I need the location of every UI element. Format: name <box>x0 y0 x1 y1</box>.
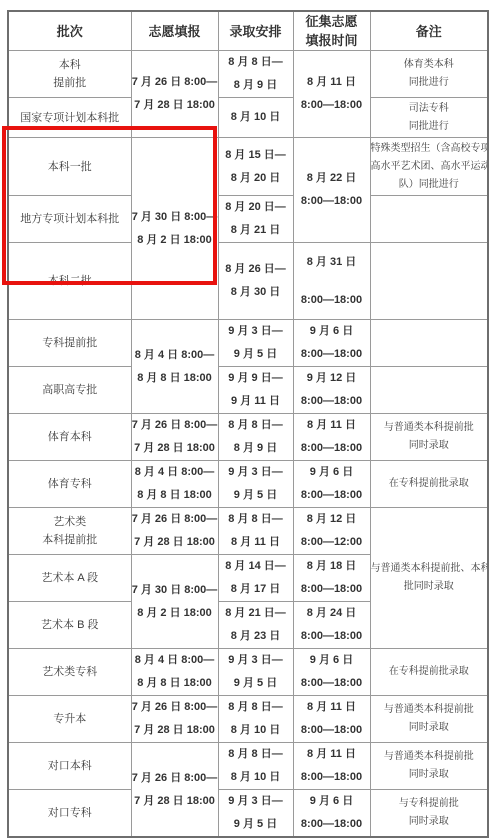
cell-line: 7 月 28 日 18:00 <box>132 719 218 742</box>
cell-line: 7 月 26 日 8:00— <box>132 696 218 719</box>
cell-line: 8 月 10 日 <box>219 106 293 129</box>
cell-line: 批次 <box>9 22 131 41</box>
cell-line: 8 月 8 日 18:00 <box>132 672 218 695</box>
cell-line: 9 月 3 日— <box>219 649 293 672</box>
cell-line: 8 月 4 日 8:00— <box>132 344 218 367</box>
cell-line: 专科提前批 <box>9 334 131 352</box>
table-row: 艺术类 本科提前批 7 月 26 日 8:00— 7 月 28 日 18:00 … <box>8 508 488 555</box>
cell-line: 同批进行 <box>371 74 488 92</box>
batch-cell: 艺术本 A 段 <box>8 555 131 602</box>
cell-line: 8 月 26 日— <box>219 258 293 281</box>
cell-line: 8 月 4 日 8:00— <box>132 461 218 484</box>
cell-line: 在专科提前批录取 <box>371 663 488 681</box>
table-row: 专科提前批 8 月 4 日 8:00— 8 月 8 日 18:00 9 月 3 … <box>8 320 488 367</box>
table-row: 本科二批 8 月 26 日— 8 月 30 日 8 月 31 日 8:00—18… <box>8 243 488 320</box>
admit-time-cell: 8 月 26 日— 8 月 30 日 <box>218 243 293 320</box>
cell-line: 8 月 18 日 <box>294 555 370 578</box>
cell-line: 与普通类本科提前批、本科一 <box>371 560 488 578</box>
collect-time-cell: 9 月 12 日 8:00—18:00 <box>293 367 370 414</box>
cell-line: 提前批 <box>9 74 131 92</box>
cell-line: 艺术本 B 段 <box>9 616 131 634</box>
cell-line: 对口专科 <box>9 804 131 822</box>
cell-line: 与普通类本科提前批 <box>371 701 488 719</box>
cell-line: 体育本科 <box>9 428 131 446</box>
header-row: 批次 志愿填报 录取安排 征集志愿 填报时间 备注 <box>8 11 488 51</box>
cell-line: 本科一批 <box>9 158 131 176</box>
table-row: 本科一批 7 月 30 日 8:00— 8 月 2 日 18:00 8 月 15… <box>8 138 488 196</box>
note-cell: 在专科提前批录取 <box>370 461 488 508</box>
admit-time-cell: 9 月 3 日— 9 月 5 日 <box>218 320 293 367</box>
table-row: 国家专项计划本科批 8 月 10 日 司法专科 同批进行 <box>8 98 488 138</box>
table-row: 本科 提前批 7 月 26 日 8:00— 7 月 28 日 18:00 8 月… <box>8 51 488 98</box>
cell-line: 9 月 5 日 <box>219 484 293 507</box>
cell-line: 9 月 3 日— <box>219 461 293 484</box>
cell-line: 8 月 20 日 <box>219 167 293 190</box>
cell-line: 体育类本科 <box>371 56 488 74</box>
collect-time-cell: 9 月 6 日 8:00—18:00 <box>293 320 370 367</box>
note-cell: 司法专科 同批进行 <box>370 98 488 138</box>
fill-time-cell: 7 月 30 日 8:00— 8 月 2 日 18:00 <box>131 555 218 649</box>
cell-line: 8:00—18:00 <box>294 281 370 319</box>
cell-line: 同时录取 <box>371 719 488 737</box>
cell-line: 9 月 5 日 <box>219 343 293 366</box>
cell-line: 8 月 30 日 <box>219 281 293 304</box>
collect-time-cell: 9 月 6 日 8:00—18:00 <box>293 790 370 838</box>
header-note-column: 备注 <box>370 11 488 51</box>
cell-line: 8 月 14 日— <box>219 555 293 578</box>
cell-line: 8 月 8 日— <box>219 743 293 766</box>
table-row: 对口专科 9 月 3 日— 9 月 5 日 9 月 6 日 8:00—18:00… <box>8 790 488 838</box>
table-row: 体育本科 7 月 26 日 8:00— 7 月 28 日 18:00 8 月 8… <box>8 414 488 461</box>
table-row: 高职高专批 9 月 9 日— 9 月 11 日 9 月 12 日 8:00—18… <box>8 367 488 414</box>
cell-line: 8 月 8 日— <box>219 508 293 531</box>
cell-line: 9 月 6 日 <box>294 790 370 813</box>
fill-time-cell: 8 月 4 日 8:00— 8 月 8 日 18:00 <box>131 461 218 508</box>
cell-line: 8:00—18:00 <box>294 766 370 789</box>
admit-time-cell: 9 月 3 日— 9 月 5 日 <box>218 790 293 838</box>
fill-time-cell: 7 月 26 日 8:00— 7 月 28 日 18:00 <box>131 51 218 138</box>
cell-line: 8:00—18:00 <box>294 813 370 836</box>
cell-line: 国家专项计划本科批 <box>9 109 131 127</box>
cell-line: 8:00—18:00 <box>294 94 370 117</box>
cell-line: 8 月 8 日 18:00 <box>132 367 218 390</box>
table-row: 专升本 7 月 26 日 8:00— 7 月 28 日 18:00 8 月 8 … <box>8 696 488 743</box>
cell-line: 志愿填报 <box>132 22 218 41</box>
cell-line: 8:00—18:00 <box>294 625 370 648</box>
collect-time-cell: 8 月 11 日 8:00—18:00 <box>293 51 370 138</box>
note-cell: 与普通类本科提前批 同时录取 <box>370 696 488 743</box>
table-row: 对口本科 7 月 26 日 8:00— 7 月 28 日 18:00 8 月 8… <box>8 743 488 790</box>
cell-line: 高职高专批 <box>9 381 131 399</box>
fill-time-cell: 7 月 30 日 8:00— 8 月 2 日 18:00 <box>131 138 218 320</box>
batch-cell: 专科提前批 <box>8 320 131 367</box>
cell-line: 同时录取 <box>371 766 488 784</box>
admit-time-cell: 8 月 15 日— 8 月 20 日 <box>218 138 293 196</box>
cell-line: 本科二批 <box>9 272 131 290</box>
cell-line: 艺术类专科 <box>9 663 131 681</box>
header-admit-column: 录取安排 <box>218 11 293 51</box>
cell-line: 7 月 28 日 18:00 <box>132 94 218 117</box>
cell-line: 8 月 20 日— <box>219 196 293 219</box>
note-cell: 与普通类本科提前批 同时录取 <box>370 414 488 461</box>
cell-line: 8:00—18:00 <box>294 484 370 507</box>
batch-cell: 本科二批 <box>8 243 131 320</box>
cell-line: 8:00—18:00 <box>294 578 370 601</box>
batch-cell: 本科 提前批 <box>8 51 131 98</box>
table-row: 艺术类专科 8 月 4 日 8:00— 8 月 8 日 18:00 9 月 3 … <box>8 649 488 696</box>
cell-line: 7 月 26 日 8:00— <box>132 71 218 94</box>
cell-line: 特殊类型招生（含高校专项、 <box>371 140 488 158</box>
cell-line: 7 月 28 日 18:00 <box>132 531 218 554</box>
fill-time-cell: 8 月 4 日 8:00— 8 月 8 日 18:00 <box>131 649 218 696</box>
cell-line: 9 月 6 日 <box>294 320 370 343</box>
cell-line: 批同时录取 <box>371 578 488 596</box>
header-fill-column: 志愿填报 <box>131 11 218 51</box>
cell-line: 同时录取 <box>371 813 488 831</box>
admit-time-cell: 9 月 3 日— 9 月 5 日 <box>218 649 293 696</box>
cell-line: 9 月 5 日 <box>219 672 293 695</box>
cell-line: 8:00—18:00 <box>294 343 370 366</box>
cell-line: 同时录取 <box>371 437 488 455</box>
admit-time-cell: 9 月 9 日— 9 月 11 日 <box>218 367 293 414</box>
batch-cell: 专升本 <box>8 696 131 743</box>
cell-line: 8 月 15 日— <box>219 144 293 167</box>
batch-cell: 对口本科 <box>8 743 131 790</box>
cell-line: 与专科提前批 <box>371 795 488 813</box>
cell-line: 8 月 10 日 <box>219 719 293 742</box>
cell-line: 8 月 17 日 <box>219 578 293 601</box>
cell-line: 艺术本 A 段 <box>9 569 131 587</box>
cell-line: 8 月 8 日— <box>219 414 293 437</box>
cell-line: 8 月 9 日 <box>219 437 293 460</box>
collect-time-cell: 9 月 6 日 8:00—18:00 <box>293 649 370 696</box>
collect-time-cell: 8 月 11 日 8:00—18:00 <box>293 414 370 461</box>
cell-line: 9 月 6 日 <box>294 649 370 672</box>
note-cell: 与普通类本科提前批、本科一 批同时录取 <box>370 508 488 649</box>
cell-line: 在专科提前批录取 <box>371 475 488 493</box>
batch-cell: 体育本科 <box>8 414 131 461</box>
collect-time-cell: 8 月 22 日 8:00—18:00 <box>293 138 370 243</box>
cell-line: 8 月 4 日 8:00— <box>132 649 218 672</box>
cell-line: 8 月 12 日 <box>294 508 370 531</box>
admit-time-cell: 9 月 3 日— 9 月 5 日 <box>218 461 293 508</box>
cell-line: 7 月 26 日 8:00— <box>132 767 218 790</box>
batch-cell: 高职高专批 <box>8 367 131 414</box>
admit-time-cell: 8 月 8 日— 8 月 11 日 <box>218 508 293 555</box>
cell-line: 本科提前批 <box>9 531 131 549</box>
collect-time-cell: 9 月 6 日 8:00—18:00 <box>293 461 370 508</box>
cell-line: 专升本 <box>9 710 131 728</box>
cell-line: 8:00—12:00 <box>294 531 370 554</box>
cell-line: 备注 <box>371 22 488 41</box>
collect-time-cell: 8 月 11 日 8:00—18:00 <box>293 743 370 790</box>
note-cell: 与普通类本科提前批 同时录取 <box>370 743 488 790</box>
cell-line: 8:00—18:00 <box>294 437 370 460</box>
cell-line: 队）同批进行 <box>371 176 488 194</box>
cell-line: 8 月 9 日 <box>219 74 293 97</box>
note-cell <box>370 243 488 320</box>
cell-line: 8 月 31 日 <box>294 243 370 281</box>
cell-line: 9 月 6 日 <box>294 461 370 484</box>
cell-line: 8:00—18:00 <box>294 390 370 413</box>
cell-line: 8 月 22 日 <box>294 167 370 190</box>
cell-line: 8 月 23 日 <box>219 625 293 648</box>
admission-schedule-table: 批次 志愿填报 录取安排 征集志愿 填报时间 备注 本科 提前批 7 月 26 … <box>7 10 489 838</box>
cell-line: 8 月 8 日— <box>219 696 293 719</box>
cell-line: 7 月 26 日 8:00— <box>132 414 218 437</box>
collect-time-cell: 8 月 24 日 8:00—18:00 <box>293 602 370 649</box>
cell-line: 艺术类 <box>9 513 131 531</box>
header-collect-column: 征集志愿 填报时间 <box>293 11 370 51</box>
cell-line: 地方专项计划本科批 <box>9 210 131 228</box>
cell-line: 填报时间 <box>294 31 370 50</box>
cell-line: 与普通类本科提前批 <box>371 419 488 437</box>
note-cell <box>370 367 488 414</box>
collect-time-cell: 8 月 18 日 8:00—18:00 <box>293 555 370 602</box>
cell-line: 9 月 9 日— <box>219 367 293 390</box>
cell-line: 7 月 30 日 8:00— <box>132 579 218 602</box>
cell-line: 7 月 30 日 8:00— <box>132 206 218 229</box>
admit-time-cell: 8 月 14 日— 8 月 17 日 <box>218 555 293 602</box>
cell-line: 9 月 3 日— <box>219 790 293 813</box>
cell-line: 8 月 11 日 <box>294 71 370 94</box>
note-cell: 在专科提前批录取 <box>370 649 488 696</box>
collect-time-cell: 8 月 31 日 8:00—18:00 <box>293 243 370 320</box>
cell-line: 高水平艺术团、高水平运动 <box>371 158 488 176</box>
cell-line: 7 月 28 日 18:00 <box>132 437 218 460</box>
note-cell: 体育类本科 同批进行 <box>370 51 488 98</box>
fill-time-cell: 7 月 26 日 8:00— 7 月 28 日 18:00 <box>131 696 218 743</box>
cell-line: 录取安排 <box>219 22 293 41</box>
admit-time-cell: 8 月 8 日— 8 月 10 日 <box>218 696 293 743</box>
fill-time-cell: 7 月 26 日 8:00— 7 月 28 日 18:00 <box>131 508 218 555</box>
note-cell: 特殊类型招生（含高校专项、 高水平艺术团、高水平运动 队）同批进行 <box>370 138 488 196</box>
cell-line: 8 月 21 日 <box>219 219 293 242</box>
cell-line: 8 月 10 日 <box>219 766 293 789</box>
batch-cell: 艺术类 本科提前批 <box>8 508 131 555</box>
fill-time-cell: 8 月 4 日 8:00— 8 月 8 日 18:00 <box>131 320 218 414</box>
table-row: 体育专科 8 月 4 日 8:00— 8 月 8 日 18:00 9 月 3 日… <box>8 461 488 508</box>
cell-line: 8:00—18:00 <box>294 672 370 695</box>
admit-time-cell: 8 月 8 日— 8 月 10 日 <box>218 743 293 790</box>
cell-line: 7 月 26 日 8:00— <box>132 508 218 531</box>
cell-line: 9 月 11 日 <box>219 390 293 413</box>
admit-time-cell: 8 月 8 日— 8 月 9 日 <box>218 414 293 461</box>
cell-line: 8 月 11 日 <box>219 531 293 554</box>
cell-line: 8 月 2 日 18:00 <box>132 229 218 252</box>
admit-time-cell: 8 月 21 日— 8 月 23 日 <box>218 602 293 649</box>
cell-line: 9 月 5 日 <box>219 813 293 836</box>
cell-line: 8:00—18:00 <box>294 719 370 742</box>
fill-time-cell: 7 月 26 日 8:00— 7 月 28 日 18:00 <box>131 743 218 838</box>
collect-time-cell: 8 月 12 日 8:00—12:00 <box>293 508 370 555</box>
cell-line: 同批进行 <box>371 118 488 136</box>
collect-time-cell: 8 月 11 日 8:00—18:00 <box>293 696 370 743</box>
admit-time-cell: 8 月 10 日 <box>218 98 293 138</box>
batch-cell: 本科一批 <box>8 138 131 196</box>
cell-line: 8 月 2 日 18:00 <box>132 602 218 625</box>
batch-cell: 艺术类专科 <box>8 649 131 696</box>
cell-line: 9 月 12 日 <box>294 367 370 390</box>
cell-line: 8 月 11 日 <box>294 696 370 719</box>
cell-line: 8 月 11 日 <box>294 414 370 437</box>
table-row: 地方专项计划本科批 8 月 20 日— 8 月 21 日 <box>8 196 488 243</box>
admit-time-cell: 8 月 20 日— 8 月 21 日 <box>218 196 293 243</box>
cell-line: 司法专科 <box>371 100 488 118</box>
note-cell <box>370 320 488 367</box>
batch-cell: 对口专科 <box>8 790 131 838</box>
cell-line: 体育专科 <box>9 475 131 493</box>
header-batch-column: 批次 <box>8 11 131 51</box>
note-cell <box>370 196 488 243</box>
cell-line: 7 月 28 日 18:00 <box>132 790 218 813</box>
fill-time-cell: 7 月 26 日 8:00— 7 月 28 日 18:00 <box>131 414 218 461</box>
cell-line: 本科 <box>9 56 131 74</box>
cell-line: 8 月 21 日— <box>219 602 293 625</box>
batch-cell: 艺术本 B 段 <box>8 602 131 649</box>
cell-line: 与普通类本科提前批 <box>371 748 488 766</box>
batch-cell: 国家专项计划本科批 <box>8 98 131 138</box>
cell-line: 8:00—18:00 <box>294 190 370 213</box>
batch-cell: 地方专项计划本科批 <box>8 196 131 243</box>
cell-line: 8 月 8 日 18:00 <box>132 484 218 507</box>
cell-line: 8 月 11 日 <box>294 743 370 766</box>
cell-line: 9 月 3 日— <box>219 320 293 343</box>
cell-line: 对口本科 <box>9 757 131 775</box>
note-cell: 与专科提前批 同时录取 <box>370 790 488 838</box>
cell-line: 8 月 8 日— <box>219 51 293 74</box>
admit-time-cell: 8 月 8 日— 8 月 9 日 <box>218 51 293 98</box>
cell-line: 征集志愿 <box>294 12 370 31</box>
cell-line: 8 月 24 日 <box>294 602 370 625</box>
batch-cell: 体育专科 <box>8 461 131 508</box>
